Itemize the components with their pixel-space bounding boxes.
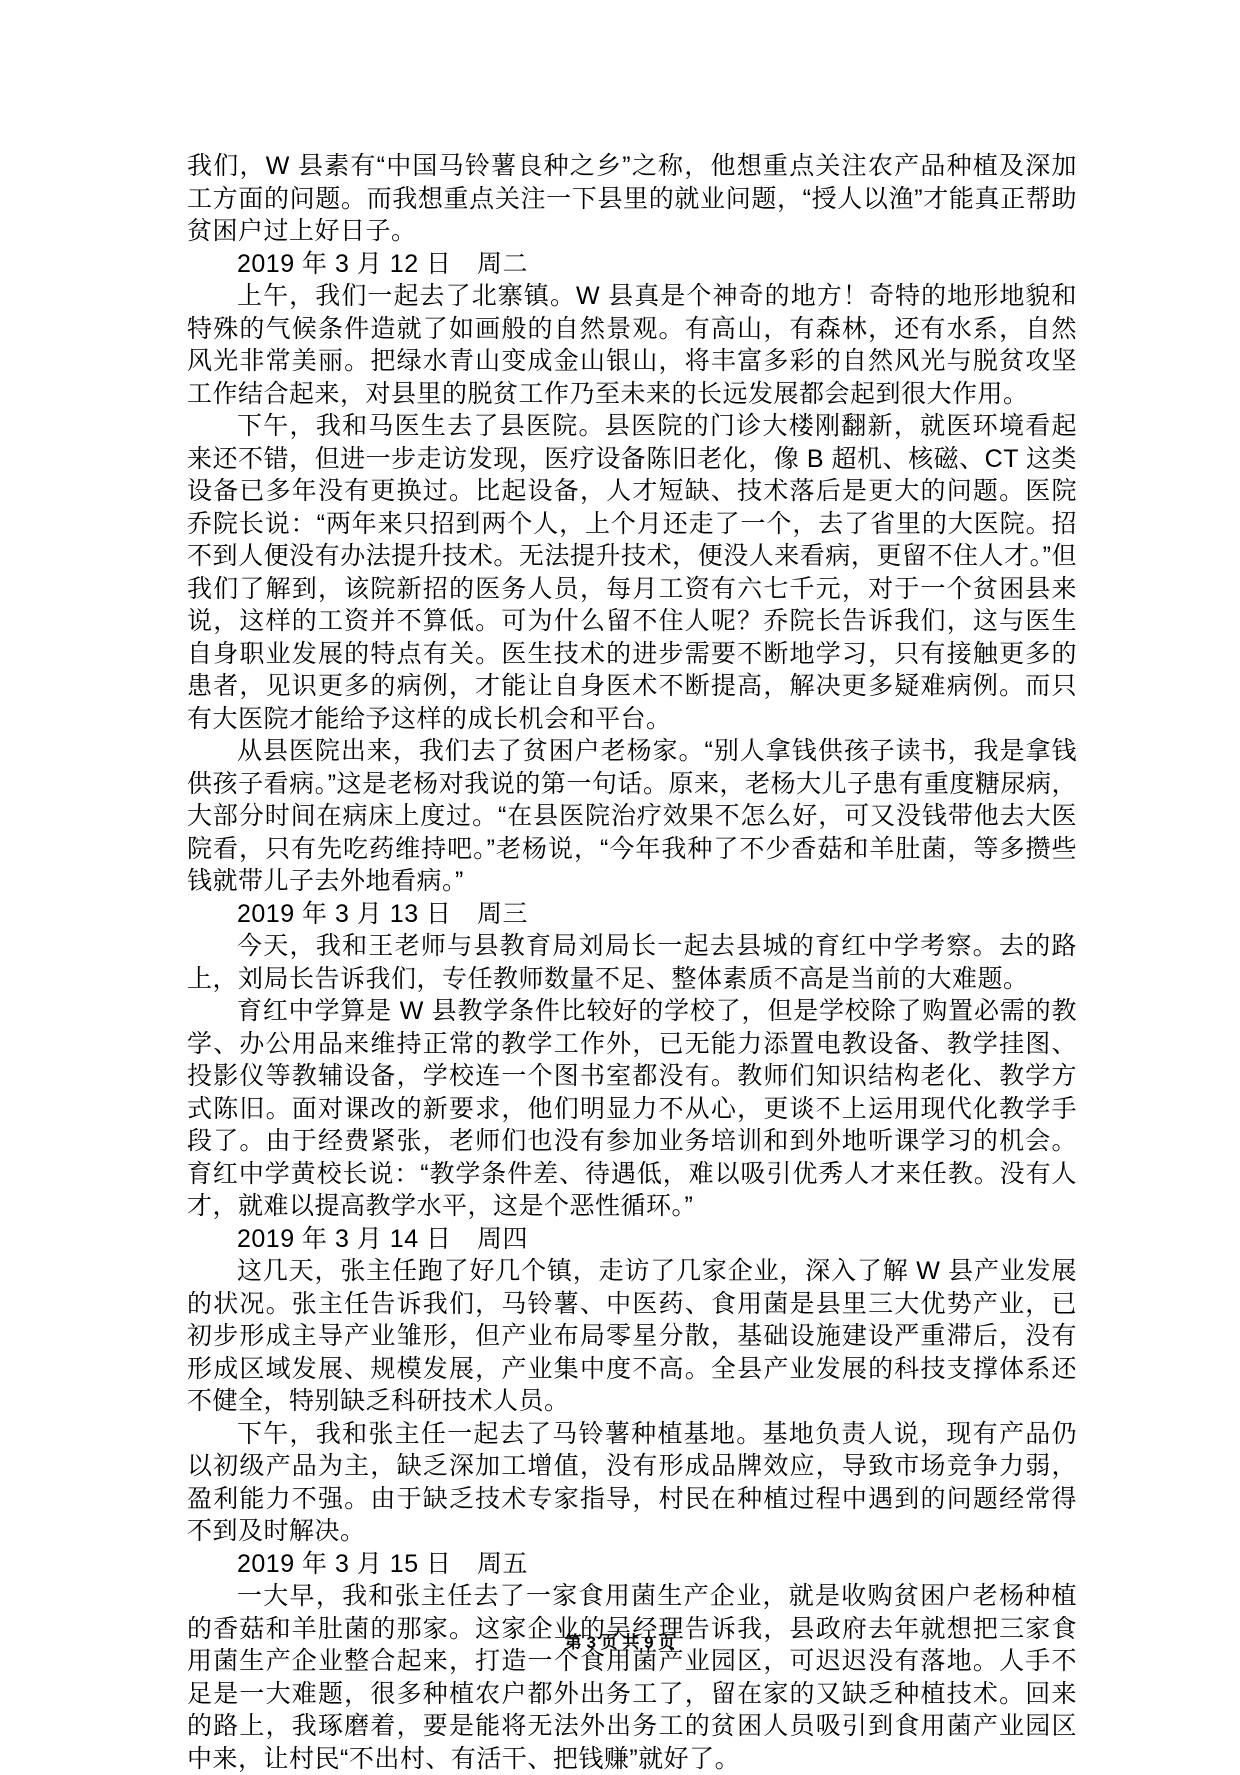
diary-date-heading: 2019 年 3 月 15 日 周五 (187, 1548, 1077, 1581)
paragraph: 上午，我们一起去了北寨镇。W 县真是个神奇的地方！奇特的地形地貌和特殊的气候条件… (187, 280, 1077, 410)
paragraph: 我们，W 县素有“中国马铃薯良种之乡”之称，他想重点关注农产品种植及深加工方面的… (187, 150, 1077, 248)
diary-date-heading: 2019 年 3 月 13 日 周三 (187, 898, 1077, 931)
paragraph: 从县医院出来，我们去了贫困户老杨家。“别人拿钱供孩子读书，我是拿钱供孩子看病。”… (187, 735, 1077, 898)
page-number-footer: 第 3 页 共 9 页 (0, 1628, 1240, 1653)
document-body: 我们，W 县素有“中国马铃薯良种之乡”之称，他想重点关注农产品种植及深加工方面的… (187, 150, 1077, 1775)
paragraph: 下午，我和马医生去了县医院。县医院的门诊大楼刚翻新，就医环境看起来还不错，但进一… (187, 410, 1077, 735)
diary-date-heading: 2019 年 3 月 12 日 周二 (187, 248, 1077, 281)
diary-date-heading: 2019 年 3 月 14 日 周四 (187, 1223, 1077, 1256)
paragraph: 今天，我和王老师与县教育局刘局长一起去县城的育红中学考察。去的路上，刘局长告诉我… (187, 930, 1077, 995)
paragraph: 下午，我和张主任一起去了马铃薯种植基地。基地负责人说，现有产品仍以初级产品为主，… (187, 1418, 1077, 1548)
paragraph: 这几天，张主任跑了好几个镇，走访了几家企业，深入了解 W 县产业发展的状况。张主… (187, 1255, 1077, 1418)
paragraph: 育红中学算是 W 县教学条件比较好的学校了，但是学校除了购置必需的教学、办公用品… (187, 995, 1077, 1223)
paragraph: 一大早，我和张主任去了一家食用菌生产企业，就是收购贫困户老杨种植的香菇和羊肚菌的… (187, 1580, 1077, 1775)
document-page: 我们，W 县素有“中国马铃薯良种之乡”之称，他想重点关注农产品种植及深加工方面的… (0, 0, 1240, 1754)
